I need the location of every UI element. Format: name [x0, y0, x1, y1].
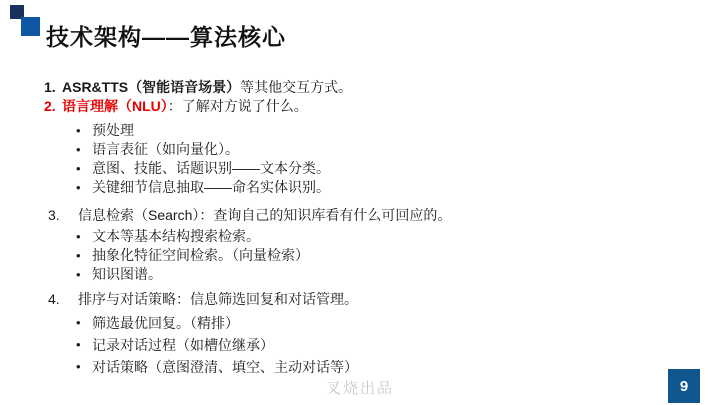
- slide: 技术架构——算法核心 1. ASR&TTS（智能语音场景）等其他交互方式。 2.…: [0, 0, 720, 405]
- list-subitem-2-2: • 语言表征（如向量化）。: [0, 140, 700, 159]
- bullet-icon: •: [76, 356, 92, 378]
- list-subitem-4-1-text: 筛选最优回复。（精排）: [92, 312, 239, 334]
- list-subitem-2-3-text: 意图、技能、话题识别——文本分类。: [92, 159, 330, 178]
- bullet-icon: •: [76, 334, 92, 356]
- list-subitem-3-1: • 文本等基本结构搜索检索。: [0, 227, 700, 246]
- list-subitem-3-3: • 知识图谱。: [0, 265, 700, 284]
- bullet-icon: •: [76, 312, 92, 334]
- list-subitem-2-1: • 预处理: [0, 121, 700, 140]
- list-subitem-4-3: • 对话策略（意图澄清、填空、主动对话等）: [0, 356, 700, 378]
- list-item-2-lead: 语言理解（NLU）: [62, 98, 168, 114]
- list-item-2-text: 语言理解（NLU）：了解对方说了什么。: [62, 97, 308, 116]
- slide-body: 1. ASR&TTS（智能语音场景）等其他交互方式。 2. 语言理解（NLU）：…: [0, 78, 700, 378]
- list-item-1-number: 1.: [44, 78, 62, 97]
- list-item-3: 3. 信息检索（Search）：查询自己的知识库看有什么可回应的。: [0, 206, 700, 225]
- page-number-badge: 9: [668, 369, 700, 403]
- bullet-icon: •: [76, 140, 92, 159]
- list-item-3-number: 3.: [48, 206, 78, 225]
- list-subitem-2-1-text: 预处理: [92, 121, 134, 140]
- bullet-icon: •: [76, 227, 92, 246]
- list-subitem-2-4-text: 关键细节信息抽取——命名实体识别。: [92, 178, 330, 197]
- list-item-4: 4. 排序与对话策略：信息筛选回复和对话管理。: [0, 290, 700, 309]
- list-subitem-4-1: • 筛选最优回复。（精排）: [0, 312, 700, 334]
- list-subitem-3-2: • 抽象化特征空间检索。（向量检索）: [0, 246, 700, 265]
- title-accent-square-light-icon: [21, 17, 40, 36]
- page-number: 9: [680, 378, 688, 395]
- bullet-icon: •: [76, 265, 92, 284]
- list-subitem-4-2-text: 记录对话过程（如槽位继承）: [92, 334, 274, 356]
- list-subitem-2-3: • 意图、技能、话题识别——文本分类。: [0, 159, 700, 178]
- list-subitem-2-4: • 关键细节信息抽取——命名实体识别。: [0, 178, 700, 197]
- list-item-1-text: ASR&TTS（智能语音场景）等其他交互方式。: [62, 78, 352, 97]
- slide-title: 技术架构——算法核心: [46, 19, 286, 52]
- footer-watermark: 叉烧出品: [0, 377, 720, 398]
- list-item-1-rest: 等其他交互方式。: [240, 79, 352, 95]
- list-item-2-number: 2.: [44, 97, 62, 116]
- list-item-2: 2. 语言理解（NLU）：了解对方说了什么。: [0, 97, 700, 116]
- list-subitem-3-1-text: 文本等基本结构搜索检索。: [92, 227, 260, 246]
- list-subitem-3-2-text: 抽象化特征空间检索。（向量检索）: [92, 246, 309, 265]
- bullet-icon: •: [76, 178, 92, 197]
- list-item-1-lead: ASR&TTS（智能语音场景）: [62, 79, 240, 95]
- list-item-2-rest: ：了解对方说了什么。: [168, 98, 308, 114]
- bullet-icon: •: [76, 246, 92, 265]
- list-subitem-4-2: • 记录对话过程（如槽位继承）: [0, 334, 700, 356]
- list-item-4-number: 4.: [48, 290, 78, 309]
- list-subitem-2-2-text: 语言表征（如向量化）。: [92, 140, 239, 159]
- list-item-4-text: 排序与对话策略：信息筛选回复和对话管理。: [78, 290, 358, 309]
- list-subitem-4-3-text: 对话策略（意图澄清、填空、主动对话等）: [92, 356, 358, 378]
- bullet-icon: •: [76, 159, 92, 178]
- list-item-1: 1. ASR&TTS（智能语音场景）等其他交互方式。: [0, 78, 700, 97]
- bullet-icon: •: [76, 121, 92, 140]
- list-subitem-3-3-text: 知识图谱。: [92, 265, 162, 284]
- list-item-3-text: 信息检索（Search）：查询自己的知识库看有什么可回应的。: [78, 206, 451, 225]
